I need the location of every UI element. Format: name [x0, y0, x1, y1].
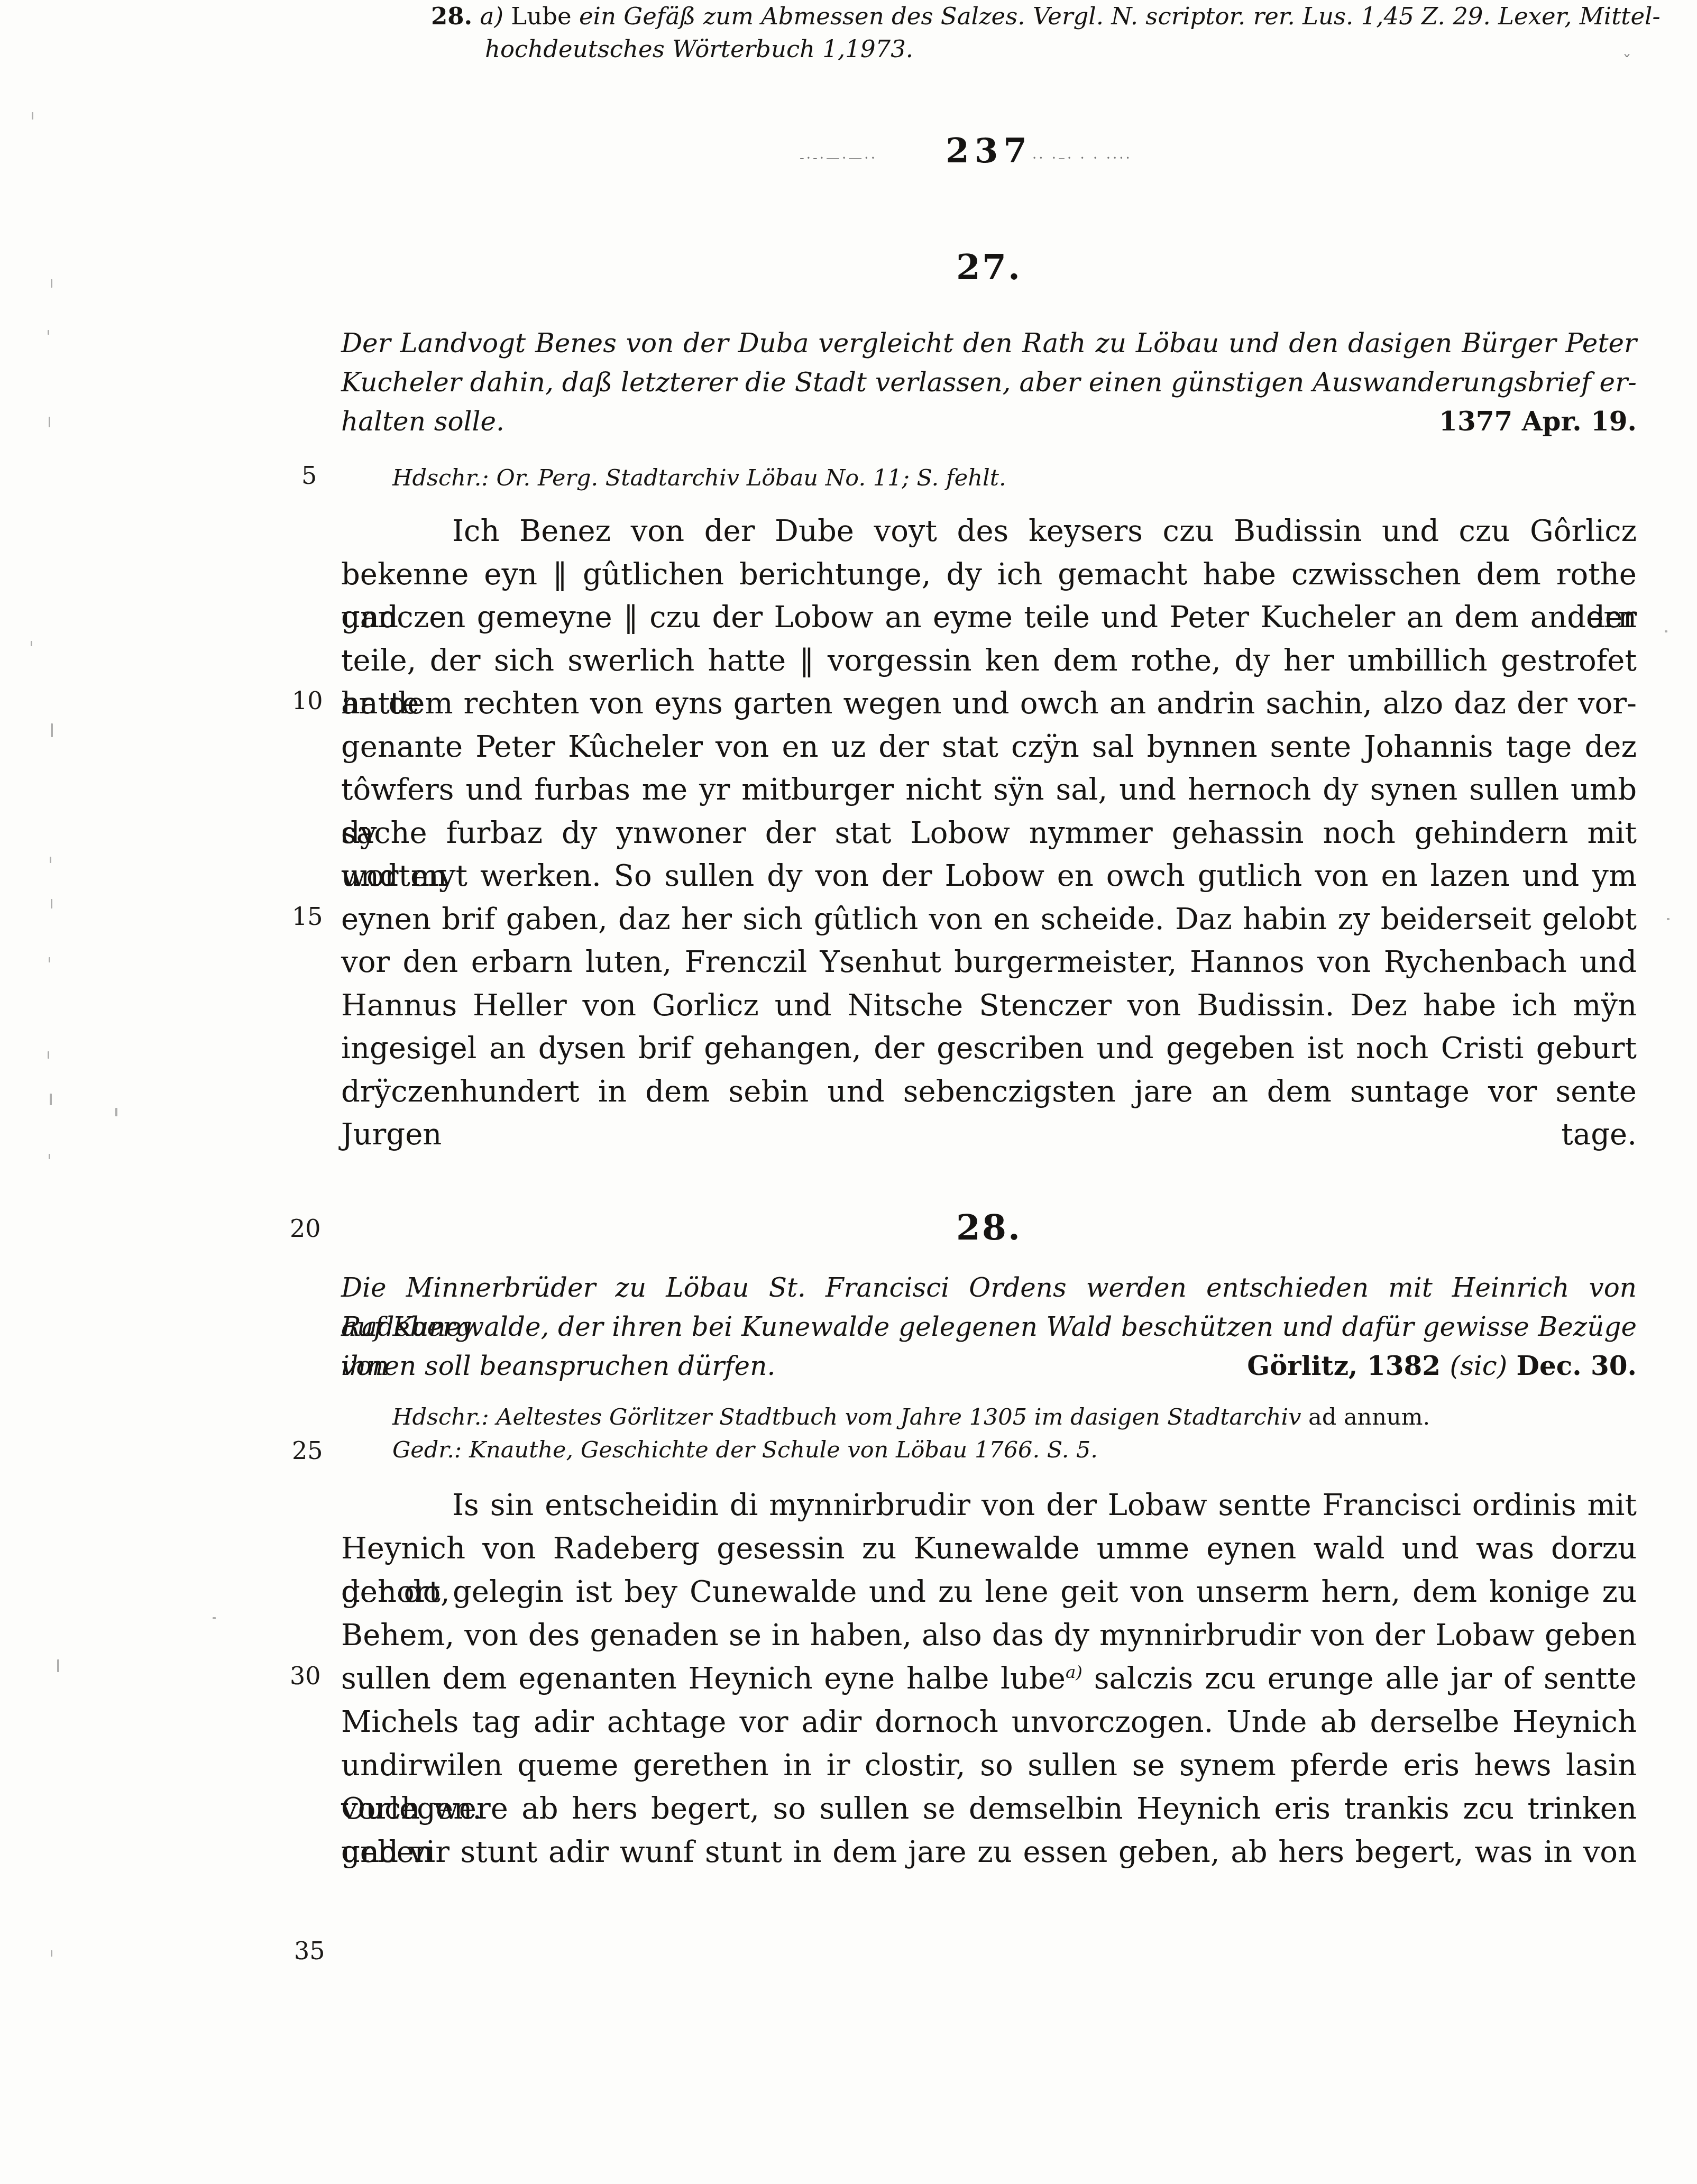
regest-line-end: ihnen soll beanspruchen dürfen. [341, 1346, 775, 1385]
body-line: Hannus Heller von Gorlicz und Nitsche St… [341, 984, 1637, 1027]
body-line: Heynich von Radeberg gesessin zu Kunewal… [341, 1527, 1637, 1571]
sic-marker: (sic) [1450, 1351, 1508, 1381]
scan-noise [51, 279, 52, 288]
scan-noise [32, 112, 33, 120]
regest-line: Kucheler dahin, daß letzterer die Stadt … [341, 363, 1637, 402]
margin-line-number-15: 15 [292, 902, 323, 931]
scan-noise [50, 857, 51, 863]
body-line: eynen brif gaben, daz her sich gûtlich v… [341, 898, 1637, 941]
document-27-regest: Der Landvogt Benes von der Duba vergleic… [341, 324, 1637, 441]
scan-noise [51, 1950, 52, 1957]
body-line: genante Peter Kûcheler von en uz der sta… [341, 726, 1637, 769]
scan-noise [51, 899, 52, 909]
scan-noise [1665, 630, 1667, 632]
scan-noise [31, 641, 32, 646]
regest-last-line: ihnen soll beanspruchen dürfen. Görlitz,… [341, 1346, 1637, 1385]
scan-artifact-right: ·· ·–· · · ···· [1032, 150, 1132, 166]
scan-noise [49, 1154, 50, 1159]
body-line: bekenne eyn ‖ gûtlichen berichtunge, dy … [341, 553, 1637, 597]
footnote-reference: a) [1066, 1662, 1083, 1682]
document-28-body: Is sin entscheidin di mynnirbrudir von d… [341, 1484, 1637, 1874]
margin-line-number-20: 20 [290, 1214, 321, 1243]
body-line: ingesigel an dysen brif gehangen, der ge… [341, 1027, 1637, 1070]
document-27-body: Ich Benez von der Dube voyt des keysers … [341, 510, 1637, 1113]
regest-line: Die Minnerbrüder zu Löbau St. Francisci … [341, 1268, 1637, 1307]
body-line-with-footnote-ref: sullen dem egenanten Heynich eyne halbe … [341, 1657, 1637, 1701]
body-line: Is sin entscheidin di mynnirbrudir von d… [341, 1484, 1637, 1527]
margin-line-number-35: 35 [294, 1937, 325, 1965]
regest-line-end: halten solle. [341, 402, 504, 441]
body-line: undirwilen queme gerethen in ir clostir,… [341, 1744, 1637, 1787]
scan-noise [49, 957, 50, 962]
scan-noise [213, 1617, 216, 1619]
document-28-date: Görlitz, 1382 (sic) Dec. 30. [1247, 1346, 1637, 1385]
body-line: teile, der sich swerlich hatte ‖ vorgess… [341, 639, 1637, 683]
body-line: drÿczenhundert in dem sebin und sebenczi… [341, 1070, 1637, 1114]
regest-line: auf Kunewalde, der ihren bei Kunewalde g… [341, 1307, 1637, 1346]
scan-noise [48, 330, 49, 335]
body-line: Ouch were ab hers begert, so sullen se d… [341, 1787, 1637, 1831]
body-line: ganczen gemeyne ‖ czu der Lobow an eyme … [341, 596, 1637, 639]
scan-noise [115, 1108, 117, 1116]
document-27-source-note: Hdschr.: Or. Perg. Stadtarchiv Löbau No.… [392, 463, 1640, 493]
document-28-heading: 28. [341, 1207, 1637, 1248]
body-line: und vir stunt adir wunf stunt in dem jar… [341, 1831, 1637, 1874]
regest-last-line: halten solle. 1377 Apr. 19. [341, 402, 1637, 441]
body-line: tôwfers und furbas me yr mitburger nicht… [341, 768, 1637, 812]
body-line: sache furbaz dy ynwoner der stat Lobow n… [341, 812, 1637, 855]
scan-noise [48, 1051, 49, 1059]
footnote-lemma: Lube [511, 2, 571, 30]
scan-noise [51, 723, 53, 737]
document-28-regest: Die Minnerbrüder zu Löbau St. Francisci … [341, 1268, 1637, 1385]
scan-noise [1667, 918, 1670, 920]
regest-line: Der Landvogt Benes von der Duba vergleic… [341, 324, 1637, 363]
document-28-source-gedr: Gedr.: Knauthe, Geschichte der Schule vo… [392, 1435, 1640, 1465]
body-line: und myt werken. So sullen dy von der Lob… [341, 855, 1637, 898]
scan-artifact-left: -·-·—·—·· [800, 150, 877, 166]
book-page: 237 -·-·—·—·· ·· ·–· · · ···· ˇ 27. Der … [0, 0, 1697, 2184]
source-roman-part: ad annum. [1301, 1404, 1430, 1430]
footnote-28a: 28. a) Lube ein Gefäß zum Abmessen des S… [431, 0, 1639, 66]
body-line: an dem rechten von eyns garten wegen und… [341, 682, 1637, 726]
margin-line-number-10: 10 [292, 686, 323, 715]
footnote-number: 28. [431, 2, 472, 30]
footnote-line: 28. a) Lube ein Gefäß zum Abmessen des S… [431, 0, 1639, 33]
margin-line-number-5: 5 [301, 461, 317, 490]
body-line: der do gelegin ist bey Cunewalde und zu … [341, 1571, 1637, 1614]
scan-noise [50, 1094, 52, 1105]
margin-line-number-25: 25 [292, 1436, 323, 1465]
body-line: Behem, von des genaden se in haben, also… [341, 1614, 1637, 1657]
scan-noise [57, 1659, 59, 1672]
document-28-source-hdschr: Hdschr.: Aeltestes Görlitzer Stadtbuch v… [392, 1402, 1640, 1432]
body-line: Ich Benez von der Dube voyt des keysers … [341, 510, 1637, 553]
footnote-line: hochdeutsches Wörterbuch 1,1973. [431, 33, 1639, 66]
margin-line-number-30: 30 [290, 1662, 321, 1690]
scan-noise [49, 417, 50, 427]
body-line: Michels tag adir achtage vor adir dornoc… [341, 1701, 1637, 1744]
document-27-heading: 27. [341, 246, 1637, 288]
body-line: vor den erbarn luten, Frenczil Ysenhut b… [341, 941, 1637, 984]
footnote-marker: a) [472, 2, 511, 30]
page-number: 237 [341, 131, 1637, 171]
document-27-date: 1377 Apr. 19. [1439, 402, 1637, 441]
